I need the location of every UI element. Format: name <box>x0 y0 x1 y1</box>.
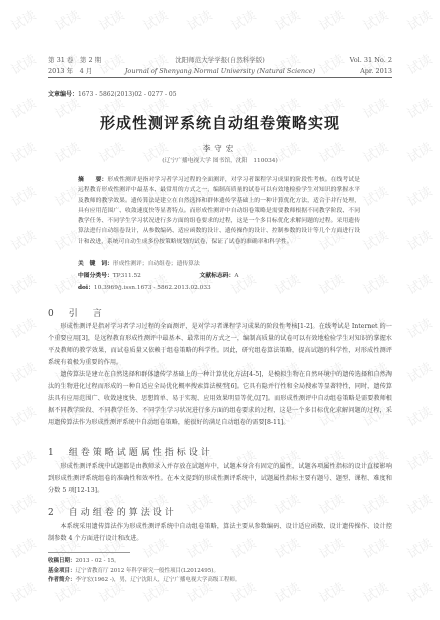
doc-code-label: 文献标志码： <box>200 273 235 279</box>
classification: 中图分类号：TP311.52 文献标志码：A <box>78 270 239 279</box>
abstract-text: 形成性测评是指对学习者学习过程的全面测评，对学习者课程学习成果的阶段性考核。在线… <box>78 177 360 245</box>
header-rule <box>48 77 392 78</box>
classification-label: 中图分类号： <box>78 273 113 279</box>
journal-title-en: Journal of Shenyang Normal University (N… <box>125 67 315 75</box>
running-header: 第 31 卷 第 2 期 2013 年 4 月 沈阳师范大学学报(自然科学版) … <box>48 55 392 77</box>
abstract-label: 摘 要： <box>78 177 107 183</box>
section-1-body: 形成性测评系统中试题都是由教师录入并存放在试题库中，试题本身含有固定的属性，试题… <box>48 461 392 497</box>
doc-code-value: A <box>234 273 238 279</box>
doi-value: 10.3969/j.issn.1673 - 5862.2013.02.033 <box>94 285 211 291</box>
section-heading-1: 1 组卷策略试题属性指标设计 <box>48 445 213 458</box>
section-heading-2: 2 自动组卷的算法设计 <box>48 505 177 518</box>
abstract: 摘 要：形成性测评是指对学习者学习过程的全面测评，对学习者课程学习成果的阶段性考… <box>78 175 360 247</box>
section-heading-0: 0 引 言 <box>48 306 105 319</box>
footnote-received: 收稿日期：2013 - 02 - 15。 <box>48 557 240 567</box>
article-number: 文章编号：1673 - 5862(2013)02 - 0277 - 05 <box>48 89 177 98</box>
keywords-label: 关 键 词： <box>78 261 113 267</box>
doi-label: doi： <box>78 285 94 291</box>
doi: doi：10.3969/j.issn.1673 - 5862.2013.02.0… <box>78 282 211 291</box>
journal-title-cn: 沈阳师范大学学报(自然科学版) <box>48 55 392 66</box>
paragraph: 形成性测评系统中试题都是由教师录入并存放在试题库中，试题本身含有固定的属性，试题… <box>48 461 392 497</box>
classification-value: TP311.52 <box>113 273 141 279</box>
footnote-rule <box>48 552 130 553</box>
footnotes: 收稿日期：2013 - 02 - 15。 基金项目：辽宁省教育厅 2012 年科… <box>48 557 240 586</box>
paragraph: 形成性测评是指对学习者学习过程的全面测评，是对学习者课程学习成果的阶段性考核[1… <box>48 321 392 369</box>
article-number-value: 1673 - 5862(2013)02 - 0277 - 05 <box>78 91 177 98</box>
paragraph: 遗传算法是建立在自然选择和群体遗传学基础上的一种计算优化方法[4-5]，是模拟生… <box>48 369 392 429</box>
vol-no: Vol. 31 No. 2 <box>350 55 392 66</box>
header-right: Vol. 31 No. 2 Apr. 2013 <box>350 55 392 77</box>
paper-title: 形成性测评系统自动组卷策略实现 <box>0 112 440 133</box>
footnote-funding: 基金项目：辽宁省教育厅 2012 年科学研究一般性项目(L2012495)。 <box>48 567 240 577</box>
footnote-author-bio: 作者简介：李守宏(1962 -)，男，辽宁沈阳人，辽宁广播电视大学高级工程师。 <box>48 576 240 586</box>
affiliation: (辽宁广播电视大学 图书馆，沈阳 110034) <box>0 155 440 164</box>
section-0-body: 形成性测评是指对学习者学习过程的全面测评，是对学习者课程学习成果的阶段性考核[1… <box>48 321 392 429</box>
date-en: Apr. 2013 <box>350 66 392 77</box>
paper-page: 第 31 卷 第 2 期 2013 年 4 月 沈阳师范大学学报(自然科学版) … <box>0 0 440 620</box>
header-center: 沈阳师范大学学报(自然科学版) Journal of Shenyang Norm… <box>48 55 392 77</box>
keywords-value: 形成性测评；自动组卷；遗传算法 <box>113 261 200 267</box>
author: 李守宏 <box>0 143 440 154</box>
paragraph: 本系统采用遗传算法作为形成性测评系统中自动组卷策略，算法主要从参数编码、设计适应… <box>48 521 392 545</box>
section-2-body: 本系统采用遗传算法作为形成性测评系统中自动组卷策略，算法主要从参数编码、设计适应… <box>48 521 392 545</box>
article-number-label: 文章编号： <box>48 91 78 98</box>
keywords: 关 键 词：形成性测评；自动组卷；遗传算法 <box>78 258 200 267</box>
